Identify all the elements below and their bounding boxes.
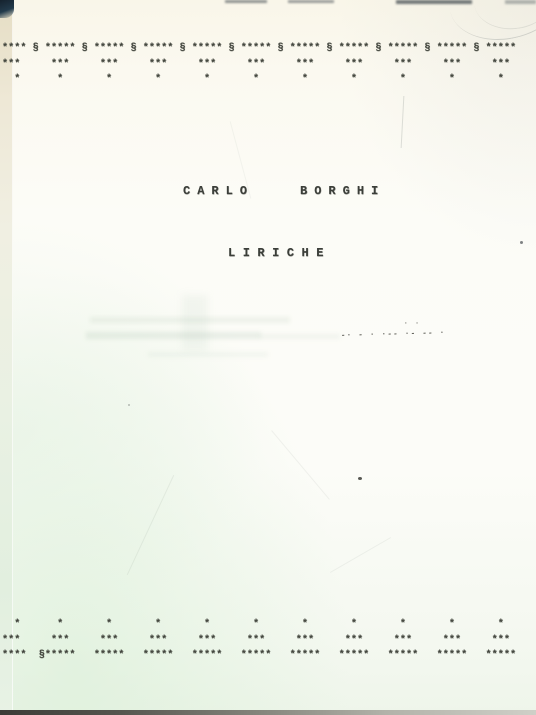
border-top-line-1: **** § ***** § ***** § ***** § ***** § *… <box>2 41 516 57</box>
border-top-line-2: *** *** *** *** *** *** *** *** *** *** … <box>2 57 516 73</box>
scanned-book-page: **** § ***** § ***** § ***** § ***** § *… <box>0 0 536 715</box>
show-through-blob <box>182 295 208 350</box>
border-bottom-line-3: **** §***** ***** ***** ***** ***** ****… <box>2 648 516 664</box>
typewriter-border-top: **** § ***** § ***** § ***** § ***** § *… <box>2 41 516 88</box>
ink-smudge-dashes: -· - · ·-- ·- -- · <box>341 329 446 340</box>
paper-crease <box>330 537 391 573</box>
dust-speck <box>520 241 523 244</box>
author-last-name: BORGHI <box>300 184 385 198</box>
bottom-scan-edge <box>0 710 536 715</box>
top-edge-smudge <box>225 0 267 3</box>
border-top-line-3: * * * * * * * * * * * <box>2 72 516 88</box>
show-through-ghost <box>86 332 261 339</box>
dust-speck <box>128 404 130 406</box>
show-through-ghost <box>148 352 268 357</box>
typewriter-border-bottom: * * * * * * * * * * * *** *** *** *** **… <box>2 617 516 664</box>
top-edge-smudge <box>288 0 334 3</box>
paper-crease <box>271 430 330 500</box>
author-name: CARLO BORGHI <box>183 184 385 198</box>
show-through-ghost <box>260 334 340 339</box>
author-first-name: CARLO <box>183 184 254 198</box>
paper-crease <box>401 96 405 148</box>
dust-speck <box>358 477 362 480</box>
page-left-edge <box>0 0 13 715</box>
ink-smudge-dots: · · <box>404 320 421 327</box>
paper-crease <box>127 475 174 575</box>
border-bottom-line-2: *** *** *** *** *** *** *** *** *** *** … <box>2 633 516 649</box>
border-bottom-line-1: * * * * * * * * * * * <box>2 617 516 633</box>
book-title: LIRICHE <box>228 246 331 260</box>
